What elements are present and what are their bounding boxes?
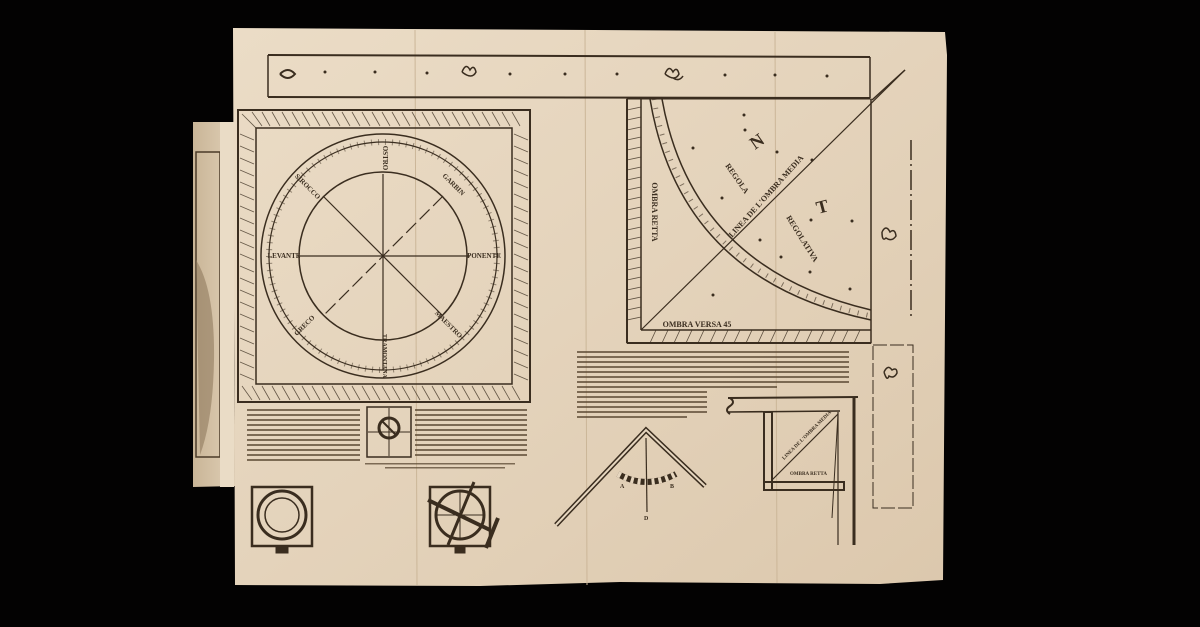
- label-levante: LEVANTE: [268, 252, 301, 260]
- antique-plate-svg: OSTRO GARBIN PONENTE MAESTRO TRAMONTANA …: [0, 0, 1200, 627]
- photo-stage: OSTRO GARBIN PONENTE MAESTRO TRAMONTANA …: [0, 0, 1200, 627]
- label-small-ombra-retta: OMBRA RETTA: [790, 472, 827, 477]
- label-ombra-versa: OMBRA VERSA 45: [663, 320, 732, 329]
- label-ponente: PONENTE: [467, 252, 501, 260]
- label-ombra-retta: OMBRA RETTA: [650, 182, 659, 241]
- letter-a: A: [620, 484, 625, 490]
- label-ostro: OSTRO: [381, 146, 389, 171]
- letter-d: D: [644, 516, 649, 522]
- left-book-page: [193, 122, 235, 487]
- letter-b: B: [670, 484, 674, 490]
- label-tramontana: TRAMONTANA: [381, 334, 387, 379]
- paper-sheet: [233, 28, 947, 586]
